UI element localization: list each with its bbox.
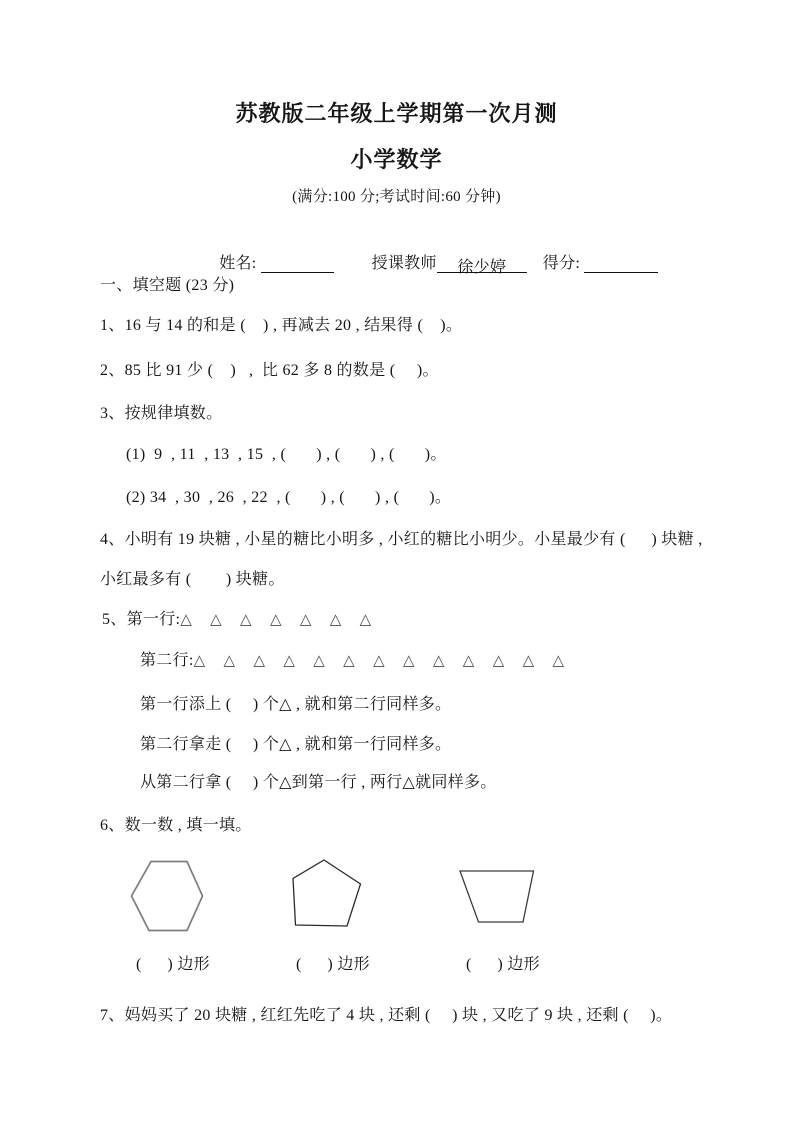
info-row: 姓名:授课教师徐少婷得分: [202, 232, 658, 291]
row-1-label: 5、第一行: [102, 611, 180, 628]
question-5-line-5: 从第二行拿 ( ) 个△到第一行 , 两行△就同样多。 [140, 769, 497, 792]
hexagon-label: ( ) 边形 [136, 951, 210, 974]
trapezoid-shape [459, 870, 535, 924]
score-blank-line [584, 254, 658, 273]
pentagon-shape [292, 859, 362, 928]
question-4-line-2: 小红最多有 ( ) 块糖。 [100, 566, 285, 589]
teacher-label: 授课教师 [372, 255, 437, 272]
test-paper-page: 苏教版二年级上学期第一次月测 小学数学 (满分:100 分;考试时间:60 分钟… [0, 0, 793, 1122]
question-5-line-3: 第一行添上 ( ) 个△ , 就和第二行同样多。 [140, 691, 451, 714]
teacher-name-line: 徐少婷 [437, 254, 527, 273]
question-2: 2、85 比 91 少 ( ) , 比 62 多 8 的数是 ( )。 [100, 357, 439, 380]
triangle-row-2: △ △ △ △ △ △ △ △ △ △ △ △ △ [194, 651, 565, 669]
question-5-row-2: 第二行:△ △ △ △ △ △ △ △ △ △ △ △ △ [140, 647, 564, 670]
pentagon-label: ( ) 边形 [296, 951, 370, 974]
question-5-row-1: 5、第一行:△ △ △ △ △ △ △ [102, 606, 372, 629]
teacher-name: 徐少婷 [457, 259, 506, 276]
question-3-sub-1: (1) 9 , 11 , 13 , 15 , ( ) , ( ) , ( )。 [126, 441, 447, 464]
question-3-sub-2: (2) 34 , 30 , 26 , 22 , ( ) , ( ) , ( )。 [126, 484, 451, 507]
question-4-line-1: 4、小明有 19 块糖 , 小星的糖比小明多 , 小红的糖比小明少。小星最少有 … [100, 526, 703, 549]
question-1: 1、16 与 14 的和是 ( ) , 再减去 20 , 结果得 ( )。 [100, 312, 462, 335]
triangle-row-1: △ △ △ △ △ △ △ [180, 610, 371, 628]
question-6: 6、数一数 , 填一填。 [100, 812, 252, 835]
question-3: 3、按规律填数。 [100, 400, 222, 423]
exam-meta: (满分:100 分;考试时间:60 分钟) [0, 185, 793, 206]
page-title: 苏教版二年级上学期第一次月测 [0, 97, 793, 128]
name-blank-line [261, 254, 334, 273]
name-label: 姓名: [219, 255, 256, 272]
score-label: 得分: [543, 255, 580, 272]
question-5-line-4: 第二行拿走 ( ) 个△ , 就和第一行同样多。 [140, 731, 451, 754]
row-2-label: 第二行: [140, 652, 194, 669]
question-7: 7、妈妈买了 20 块糖 , 红红先吃了 4 块 , 还剩 ( ) 块 , 又吃… [100, 1002, 672, 1025]
trapezoid-label: ( ) 边形 [466, 951, 540, 974]
page-subtitle: 小学数学 [0, 143, 793, 174]
section-heading: 一、填空题 (23 分) [100, 272, 234, 295]
hexagon-shape [130, 860, 204, 932]
